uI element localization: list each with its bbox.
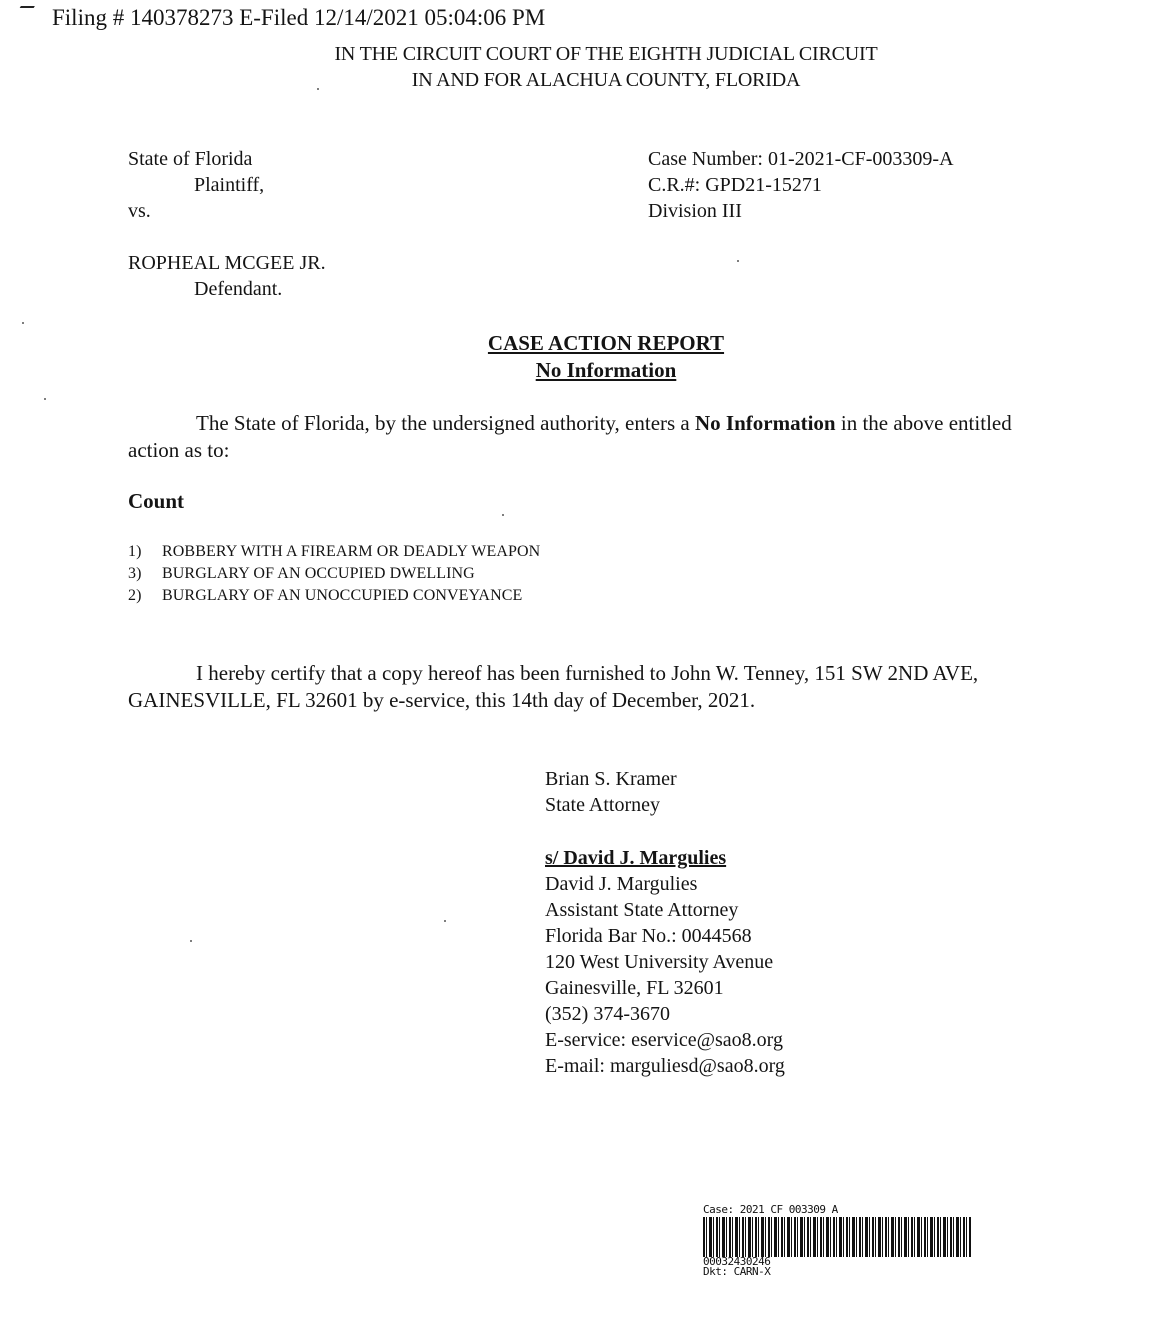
scan-speck: [22, 322, 24, 324]
electronic-signature: s/ David J. Margulies: [545, 845, 785, 871]
certificate-of-service: I hereby certify that a copy hereof has …: [128, 660, 1088, 714]
email: E-mail: marguliesd@sao8.org: [545, 1053, 785, 1079]
court-name-line-2: IN AND FOR ALACHUA COUNTY, FLORIDA: [0, 69, 1172, 92]
count-item: 2)BURGLARY OF AN UNOCCUPIED CONVEYANCE: [128, 585, 540, 607]
case-caption-parties: State of Florida Plaintiff, vs. ROPHEAL …: [128, 146, 326, 302]
case-caption-numbers: Case Number: 01-2021-CF-003309-A C.R.#: …: [648, 146, 954, 224]
bar-number: Florida Bar No.: 0044568: [545, 923, 785, 949]
court-name-line-1: IN THE CIRCUIT COURT OF THE EIGHTH JUDIC…: [0, 43, 1172, 66]
address-line-2: Gainesville, FL 32601: [545, 975, 785, 1001]
certificate-text: I hereby certify that a copy hereof has …: [128, 661, 978, 712]
signer-name: David J. Margulies: [545, 871, 785, 897]
scan-speck: [317, 88, 319, 90]
plaintiff-role: Plaintiff,: [128, 172, 326, 198]
scan-speck: [502, 514, 504, 516]
plaintiff-name: State of Florida: [128, 146, 326, 172]
barcode-bars: [703, 1217, 971, 1257]
address-line-1: 120 West University Avenue: [545, 949, 785, 975]
division: Division III: [648, 198, 954, 224]
intro-paragraph: The State of Florida, by the undersigned…: [128, 410, 1048, 464]
filing-header: Filing # 140378273 E-Filed 12/14/2021 05…: [52, 5, 545, 31]
intro-bold: No Information: [695, 411, 836, 435]
scan-speck: [737, 260, 739, 262]
cr-number: C.R.#: GPD21-15271: [648, 172, 954, 198]
scan-speck: [44, 398, 46, 400]
signature-block: s/ David J. Margulies David J. Margulies…: [545, 845, 785, 1079]
state-attorney-name: Brian S. Kramer: [545, 766, 677, 792]
scan-speck: [190, 940, 192, 942]
handwritten-mark: [20, 0, 39, 8]
intro-text-1: The State of Florida, by the undersigned…: [128, 411, 695, 435]
document-title: CASE ACTION REPORT: [0, 331, 1172, 356]
defendant-name: ROPHEAL MCGEE JR.: [128, 250, 326, 276]
phone: (352) 374-3670: [545, 1001, 785, 1027]
case-number: Case Number: 01-2021-CF-003309-A: [648, 146, 954, 172]
count-list: 1)ROBBERY WITH A FIREARM OR DEADLY WEAPO…: [128, 541, 540, 607]
barcode-case: Case: 2021 CF 003309 A: [703, 1205, 973, 1215]
signer-title: Assistant State Attorney: [545, 897, 785, 923]
defendant-role: Defendant.: [128, 276, 326, 302]
eservice-email: E-service: eservice@sao8.org: [545, 1027, 785, 1053]
state-attorney-title: State Attorney: [545, 792, 677, 818]
docket-barcode: Case: 2021 CF 003309 A 00032430246 Dkt: …: [703, 1205, 973, 1295]
count-item: 3)BURGLARY OF AN OCCUPIED DWELLING: [128, 563, 540, 585]
count-item: 1)ROBBERY WITH A FIREARM OR DEADLY WEAPO…: [128, 541, 540, 563]
document-subtitle: No Information: [0, 358, 1172, 383]
state-attorney-block: Brian S. Kramer State Attorney: [545, 766, 677, 818]
scan-speck: [444, 920, 446, 922]
versus: vs.: [128, 198, 326, 224]
count-heading: Count: [128, 489, 184, 514]
barcode-docket: Dkt: CARN-X: [703, 1267, 973, 1277]
